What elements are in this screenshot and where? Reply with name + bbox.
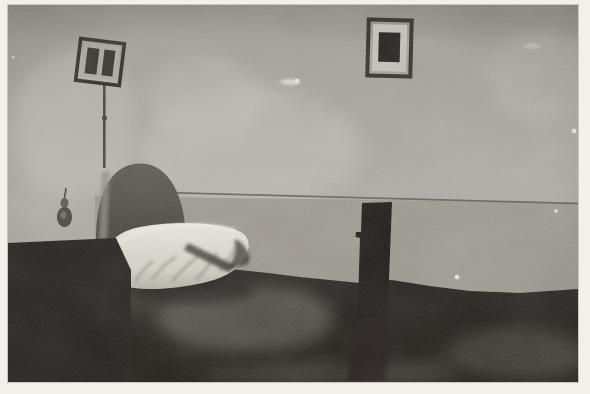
film-grain-fine	[8, 5, 578, 382]
photograph	[0, 0, 590, 394]
book-page	[0, 0, 590, 394]
